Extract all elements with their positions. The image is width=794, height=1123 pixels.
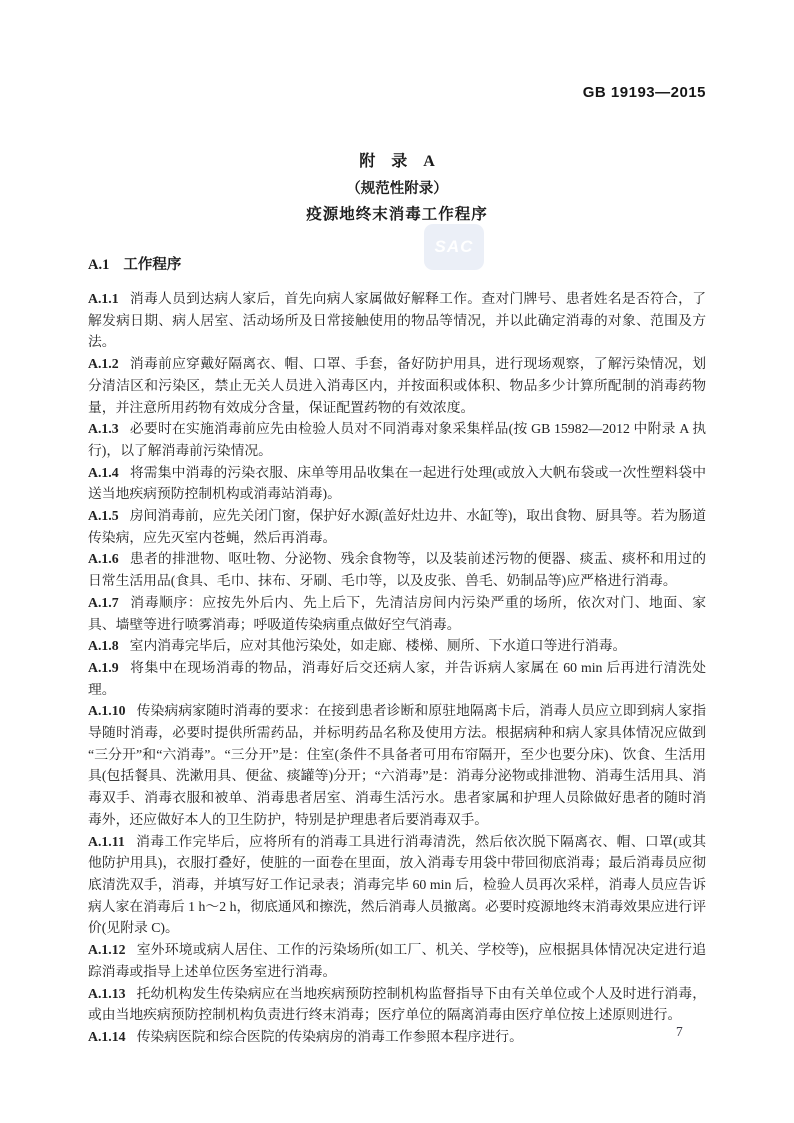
standard-number-header: GB 19193—2015 — [583, 84, 706, 101]
clause-paragraph: A.1.6患者的排泄物、呕吐物、分泌物、残余食物等，以及装前述污物的便器、痰盂、… — [88, 548, 706, 591]
clause-paragraph: A.1.12室外环境或病人居住、工作的污染场所(如工厂、机关、学校等)，应根据具… — [88, 939, 706, 982]
clause-paragraph: A.1.2消毒前应穿戴好隔离衣、帽、口罩、手套，备好防护用具，进行现场观察，了解… — [88, 353, 706, 418]
page-number: 7 — [676, 1024, 683, 1040]
clause-paragraph: A.1.10传染病病家随时消毒的要求：在接到患者诊断和原驻地隔离卡后，消毒人员应… — [88, 700, 706, 830]
clause-text: 传染病医院和综合医院的传染病房的消毒工作参照本程序进行。 — [137, 1029, 523, 1044]
section-number: A.1 — [88, 257, 109, 273]
clause-text: 托幼机构发生传染病应在当地疾病预防控制机构监督指导下由有关单位或个人及时进行消毒… — [88, 986, 706, 1023]
appendix-subtitle: （规范性附录） — [88, 177, 706, 198]
appendix-title: 附 录 A — [88, 148, 706, 171]
clause-text: 必要时在实施消毒前应先由检验人员对不同消毒对象采集样品(按 GB 15982—2… — [88, 421, 706, 458]
clause-text: 消毒顺序：应按先外后内、先上后下，先清洁房间内污染严重的场所，依次对门、地面、家… — [88, 595, 706, 632]
clause-text: 房间消毒前，应先关闭门窗，保护好水源(盖好灶边井、水缸等)，取出食物、厨具等。若… — [88, 508, 706, 545]
clause-number: A.1.2 — [88, 356, 130, 371]
clauses-body: A.1.1消毒人员到达病人家后，首先向病人家属做好解释工作。查对门牌号、患者姓名… — [88, 288, 706, 1048]
clause-paragraph: A.1.4将需集中消毒的污染衣服、床单等用品收集在一起进行处理(或放入大帆布袋或… — [88, 462, 706, 505]
clause-paragraph: A.1.3必要时在实施消毒前应先由检验人员对不同消毒对象采集样品(按 GB 15… — [88, 418, 706, 461]
clause-number: A.1.5 — [88, 508, 130, 523]
clause-number: A.1.13 — [88, 986, 137, 1001]
clause-paragraph: A.1.9将集中在现场消毒的物品，消毒好后交还病人家，并告诉病人家属在 60 m… — [88, 657, 706, 700]
appendix-name: 疫源地终末消毒工作程序 — [88, 202, 706, 224]
clause-text: 传染病病家随时消毒的要求：在接到患者诊断和原驻地隔离卡后，消毒人员应立即到病人家… — [88, 703, 706, 827]
clause-number: A.1.6 — [88, 551, 130, 566]
clause-text: 患者的排泄物、呕吐物、分泌物、残余食物等，以及装前述污物的便器、痰盂、痰杯和用过… — [88, 551, 706, 588]
clause-number: A.1.3 — [88, 421, 130, 436]
clause-number: A.1.12 — [88, 942, 137, 957]
clause-number: A.1.8 — [88, 638, 130, 653]
clause-text: 室内消毒完毕后，应对其他污染处，如走廊、楼梯、厕所、下水道口等进行消毒。 — [130, 638, 627, 653]
clause-number: A.1.1 — [88, 291, 130, 306]
clause-text: 消毒人员到达病人家后，首先向病人家属做好解释工作。查对门牌号、患者姓名是否符合，… — [88, 291, 706, 349]
clause-number: A.1.9 — [88, 660, 130, 675]
clause-paragraph: A.1.8室内消毒完毕后，应对其他污染处，如走廊、楼梯、厕所、下水道口等进行消毒… — [88, 635, 706, 657]
clause-paragraph: A.1.11消毒工作完毕后，应将所有的消毒工具进行消毒清洗，然后依次脱下隔离衣、… — [88, 831, 706, 940]
clause-text: 消毒前应穿戴好隔离衣、帽、口罩、手套，备好防护用具，进行现场观察，了解污染情况，… — [88, 356, 706, 414]
clause-number: A.1.14 — [88, 1029, 137, 1044]
clause-paragraph: A.1.13托幼机构发生传染病应在当地疾病预防控制机构监督指导下由有关单位或个人… — [88, 983, 706, 1026]
clause-number: A.1.11 — [88, 834, 136, 849]
section-title: 工作程序 — [123, 257, 181, 273]
section-heading: A.1工作程序 — [88, 253, 706, 274]
clause-text: 室外环境或病人居住、工作的污染场所(如工厂、机关、学校等)，应根据具体情况决定进… — [88, 942, 706, 979]
clause-paragraph: A.1.1消毒人员到达病人家后，首先向病人家属做好解释工作。查对门牌号、患者姓名… — [88, 288, 706, 353]
clause-text: 将集中在现场消毒的物品，消毒好后交还病人家，并告诉病人家属在 60 min 后再… — [88, 660, 706, 697]
clause-paragraph: A.1.7消毒顺序：应按先外后内、先上后下，先清洁房间内污染严重的场所，依次对门… — [88, 592, 706, 635]
clause-paragraph: A.1.5房间消毒前，应先关闭门窗，保护好水源(盖好灶边井、水缸等)，取出食物、… — [88, 505, 706, 548]
clause-number: A.1.7 — [88, 595, 130, 610]
clause-number: A.1.10 — [88, 703, 137, 718]
document-page: GB 19193—2015 SAC 附 录 A （规范性附录） 疫源地终末消毒工… — [0, 0, 794, 1123]
clause-text: 消毒工作完毕后，应将所有的消毒工具进行消毒清洗，然后依次脱下隔离衣、帽、口罩(或… — [88, 834, 706, 936]
clause-number: A.1.4 — [88, 465, 130, 480]
clause-text: 将需集中消毒的污染衣服、床单等用品收集在一起进行处理(或放入大帆布袋或一次性塑料… — [88, 465, 706, 502]
clause-paragraph: A.1.14传染病医院和综合医院的传染病房的消毒工作参照本程序进行。 — [88, 1026, 706, 1048]
